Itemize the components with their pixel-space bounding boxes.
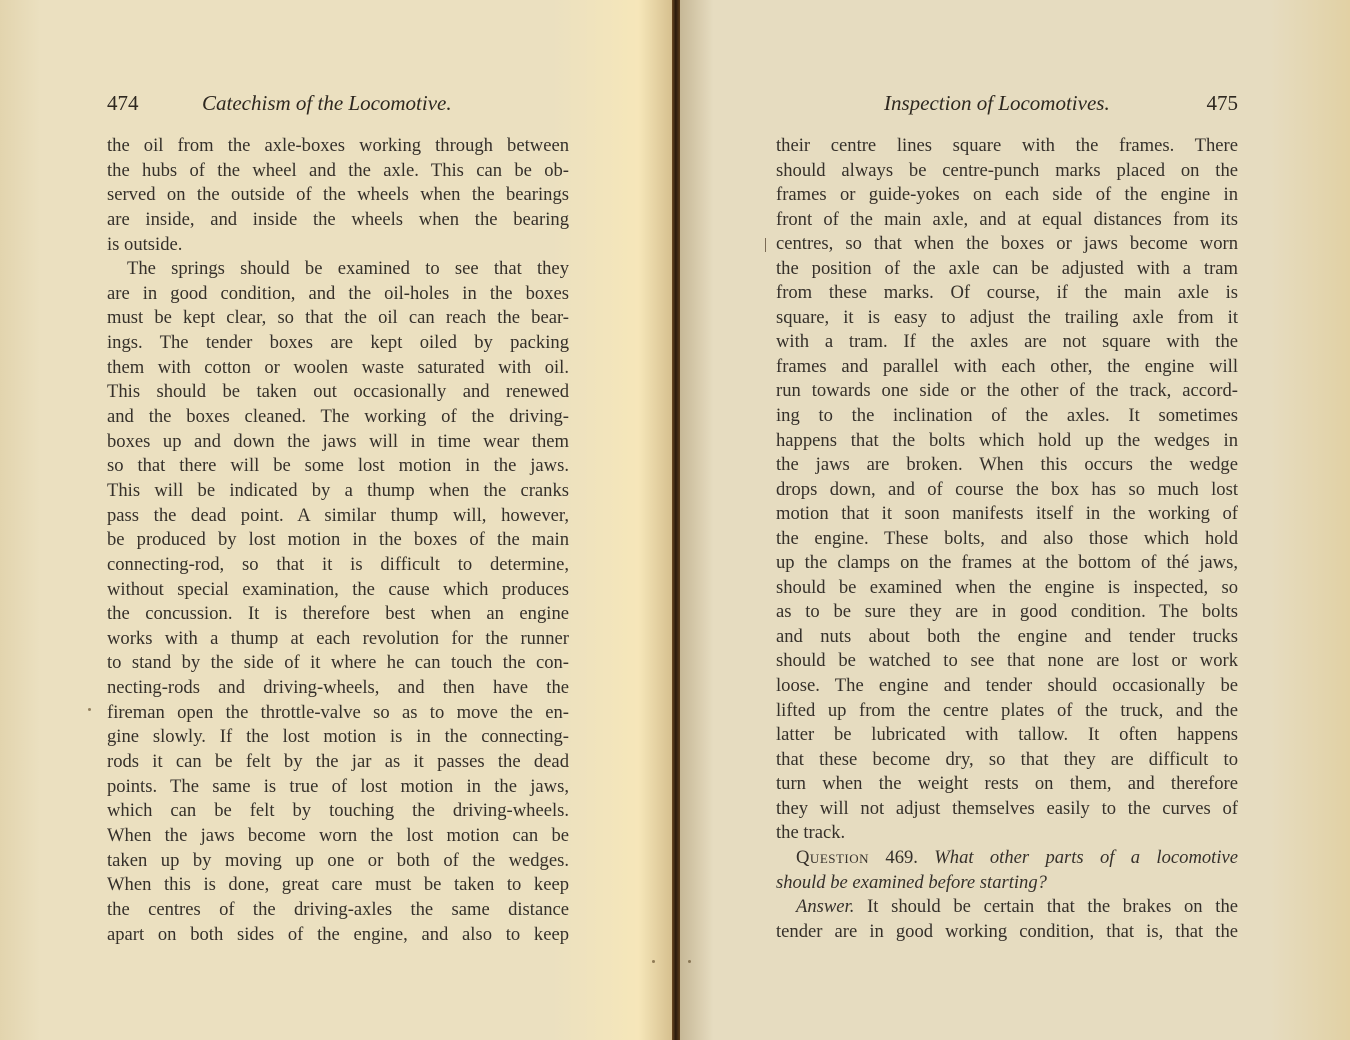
left-page-number: 474	[107, 89, 139, 117]
right-running-title: Inspection of Locomotives.	[884, 89, 1110, 117]
question-line-1: Question 469. What other parts of a loco…	[776, 846, 1238, 871]
answer-label: Answer.	[796, 896, 854, 917]
text-line: should always be centre-punch marks plac…	[776, 159, 1238, 184]
question-number: 469.	[885, 847, 918, 868]
right-page-number: 475	[1207, 89, 1239, 117]
text-line: taken up by moving up one or both of the…	[107, 849, 569, 874]
text-line: which can be felt by touching the drivin…	[107, 799, 569, 824]
question-text-1: What other parts of a locomotive	[934, 847, 1238, 868]
text-line: up the clamps on the frames at the botto…	[776, 551, 1238, 576]
text-line: pass the dead point. A similar thump wil…	[107, 504, 569, 529]
text-line: the jaws are broken. When this occurs th…	[776, 453, 1238, 478]
text-line: the engine. These bolts, and also those …	[776, 527, 1238, 552]
paper-speck	[88, 708, 91, 711]
text-line: centres, so that when the boxes or jaws …	[776, 232, 1238, 257]
text-line: gine slowly. If the lost motion is in th…	[107, 725, 569, 750]
text-line: is outside.	[107, 233, 569, 258]
text-line: frames or guide-yokes on each side of th…	[776, 183, 1238, 208]
text-line: happens that the bolts which hold up the…	[776, 429, 1238, 454]
text-line: them with cotton or woolen waste saturat…	[107, 356, 569, 381]
text-line: points. The same is true of lost motion …	[107, 775, 569, 800]
answer-text-1: It should be certain that the brakes on …	[867, 896, 1238, 917]
margin-pencil-mark	[765, 238, 766, 252]
text-line: apart on both sides of the engine, and a…	[107, 923, 569, 948]
text-line: works with a thump at each revolution fo…	[107, 627, 569, 652]
question-label: Question	[796, 847, 869, 868]
answer-line-2: tender are in good working condition, th…	[776, 920, 1238, 945]
question-block: Question 469. What other parts of a loco…	[776, 846, 1238, 944]
text-line: to stand by the side of it where he can …	[107, 651, 569, 676]
right-body-text: their centre lines square with the frame…	[776, 134, 1238, 846]
text-line: frames and parallel with each other, the…	[776, 355, 1238, 380]
text-line: motion that it soon manifests itself in …	[776, 502, 1238, 527]
text-line: necting-rods and driving-wheels, and the…	[107, 676, 569, 701]
text-line: are inside, and inside the wheels when t…	[107, 208, 569, 233]
text-line: without special examination, the cause w…	[107, 578, 569, 603]
text-line: their centre lines square with the frame…	[776, 134, 1238, 159]
question-text-2: should be examined before starting?	[776, 872, 1047, 893]
text-line: be produced by lost motion in the boxes …	[107, 528, 569, 553]
text-line: are in good condition, and the oil-holes…	[107, 282, 569, 307]
text-line: should be watched to see that none are l…	[776, 649, 1238, 674]
text-line: fireman open the throttle-valve so as to…	[107, 701, 569, 726]
text-line: When this is done, great care must be ta…	[107, 873, 569, 898]
text-line: boxes up and down the jaws will in time …	[107, 430, 569, 455]
text-line: lifted up from the centre plates of the …	[776, 699, 1238, 724]
text-line: the track.	[776, 821, 1238, 846]
text-line: and the boxes cleaned. The working of th…	[107, 405, 569, 430]
text-line: loose. The engine and tender should occa…	[776, 674, 1238, 699]
text-line: square, it is easy to adjust the trailin…	[776, 306, 1238, 331]
left-running-title: Catechism of the Locomotive.	[202, 89, 452, 117]
text-line: the concussion. It is therefore best whe…	[107, 602, 569, 627]
answer-line-1: Answer. It should be certain that the br…	[776, 895, 1238, 920]
text-line: rods it can be felt by the jar as it pas…	[107, 750, 569, 775]
text-line: connecting-rod, so that it is difficult …	[107, 553, 569, 578]
text-line: must be kept clear, so that the oil can …	[107, 306, 569, 331]
text-line: should be examined when the engine is in…	[776, 576, 1238, 601]
text-line: that these become dry, so that they are …	[776, 748, 1238, 773]
text-line: as to be sure they are in good condition…	[776, 600, 1238, 625]
text-line: drops down, and of course the box has so…	[776, 478, 1238, 503]
text-line: The springs should be examined to see th…	[107, 257, 569, 282]
text-line: This should be taken out occasionally an…	[107, 380, 569, 405]
text-line: and nuts about both the engine and tende…	[776, 625, 1238, 650]
text-line: turn when the weight rests on them, and …	[776, 772, 1238, 797]
text-line: from these marks. Of course, if the main…	[776, 281, 1238, 306]
left-body-text: the oil from the axle-boxes working thro…	[107, 134, 569, 947]
text-line: ing to the inclination of the axles. It …	[776, 404, 1238, 429]
text-line: served on the outside of the wheels when…	[107, 183, 569, 208]
text-line: latter be lubricated with tallow. It oft…	[776, 723, 1238, 748]
paper-speck	[652, 960, 655, 963]
left-running-head: 474 Catechism of the Locomotive.	[107, 89, 572, 117]
text-line: run towards one side or the other of the…	[776, 379, 1238, 404]
question-line-2: should be examined before starting?	[776, 871, 1238, 896]
text-line: the centres of the driving-axles the sam…	[107, 898, 569, 923]
paper-speck	[688, 960, 691, 963]
answer-text-2: tender are in good working condition, th…	[776, 921, 1238, 942]
text-line: When the jaws become worn the lost motio…	[107, 824, 569, 849]
text-line: ings. The tender boxes are kept oiled by…	[107, 331, 569, 356]
text-line: the oil from the axle-boxes working thro…	[107, 134, 569, 159]
text-line: the position of the axle can be adjusted…	[776, 257, 1238, 282]
text-line: with a tram. If the axles are not square…	[776, 330, 1238, 355]
book-gutter	[672, 0, 680, 1040]
text-line: front of the main axle, and at equal dis…	[776, 208, 1238, 233]
right-running-head: Inspection of Locomotives. 475	[776, 89, 1238, 117]
text-line: This will be indicated by a thump when t…	[107, 479, 569, 504]
text-line: the hubs of the wheel and the axle. This…	[107, 159, 569, 184]
text-line: so that there will be some lost motion i…	[107, 454, 569, 479]
text-line: they will not adjust themselves easily t…	[776, 797, 1238, 822]
